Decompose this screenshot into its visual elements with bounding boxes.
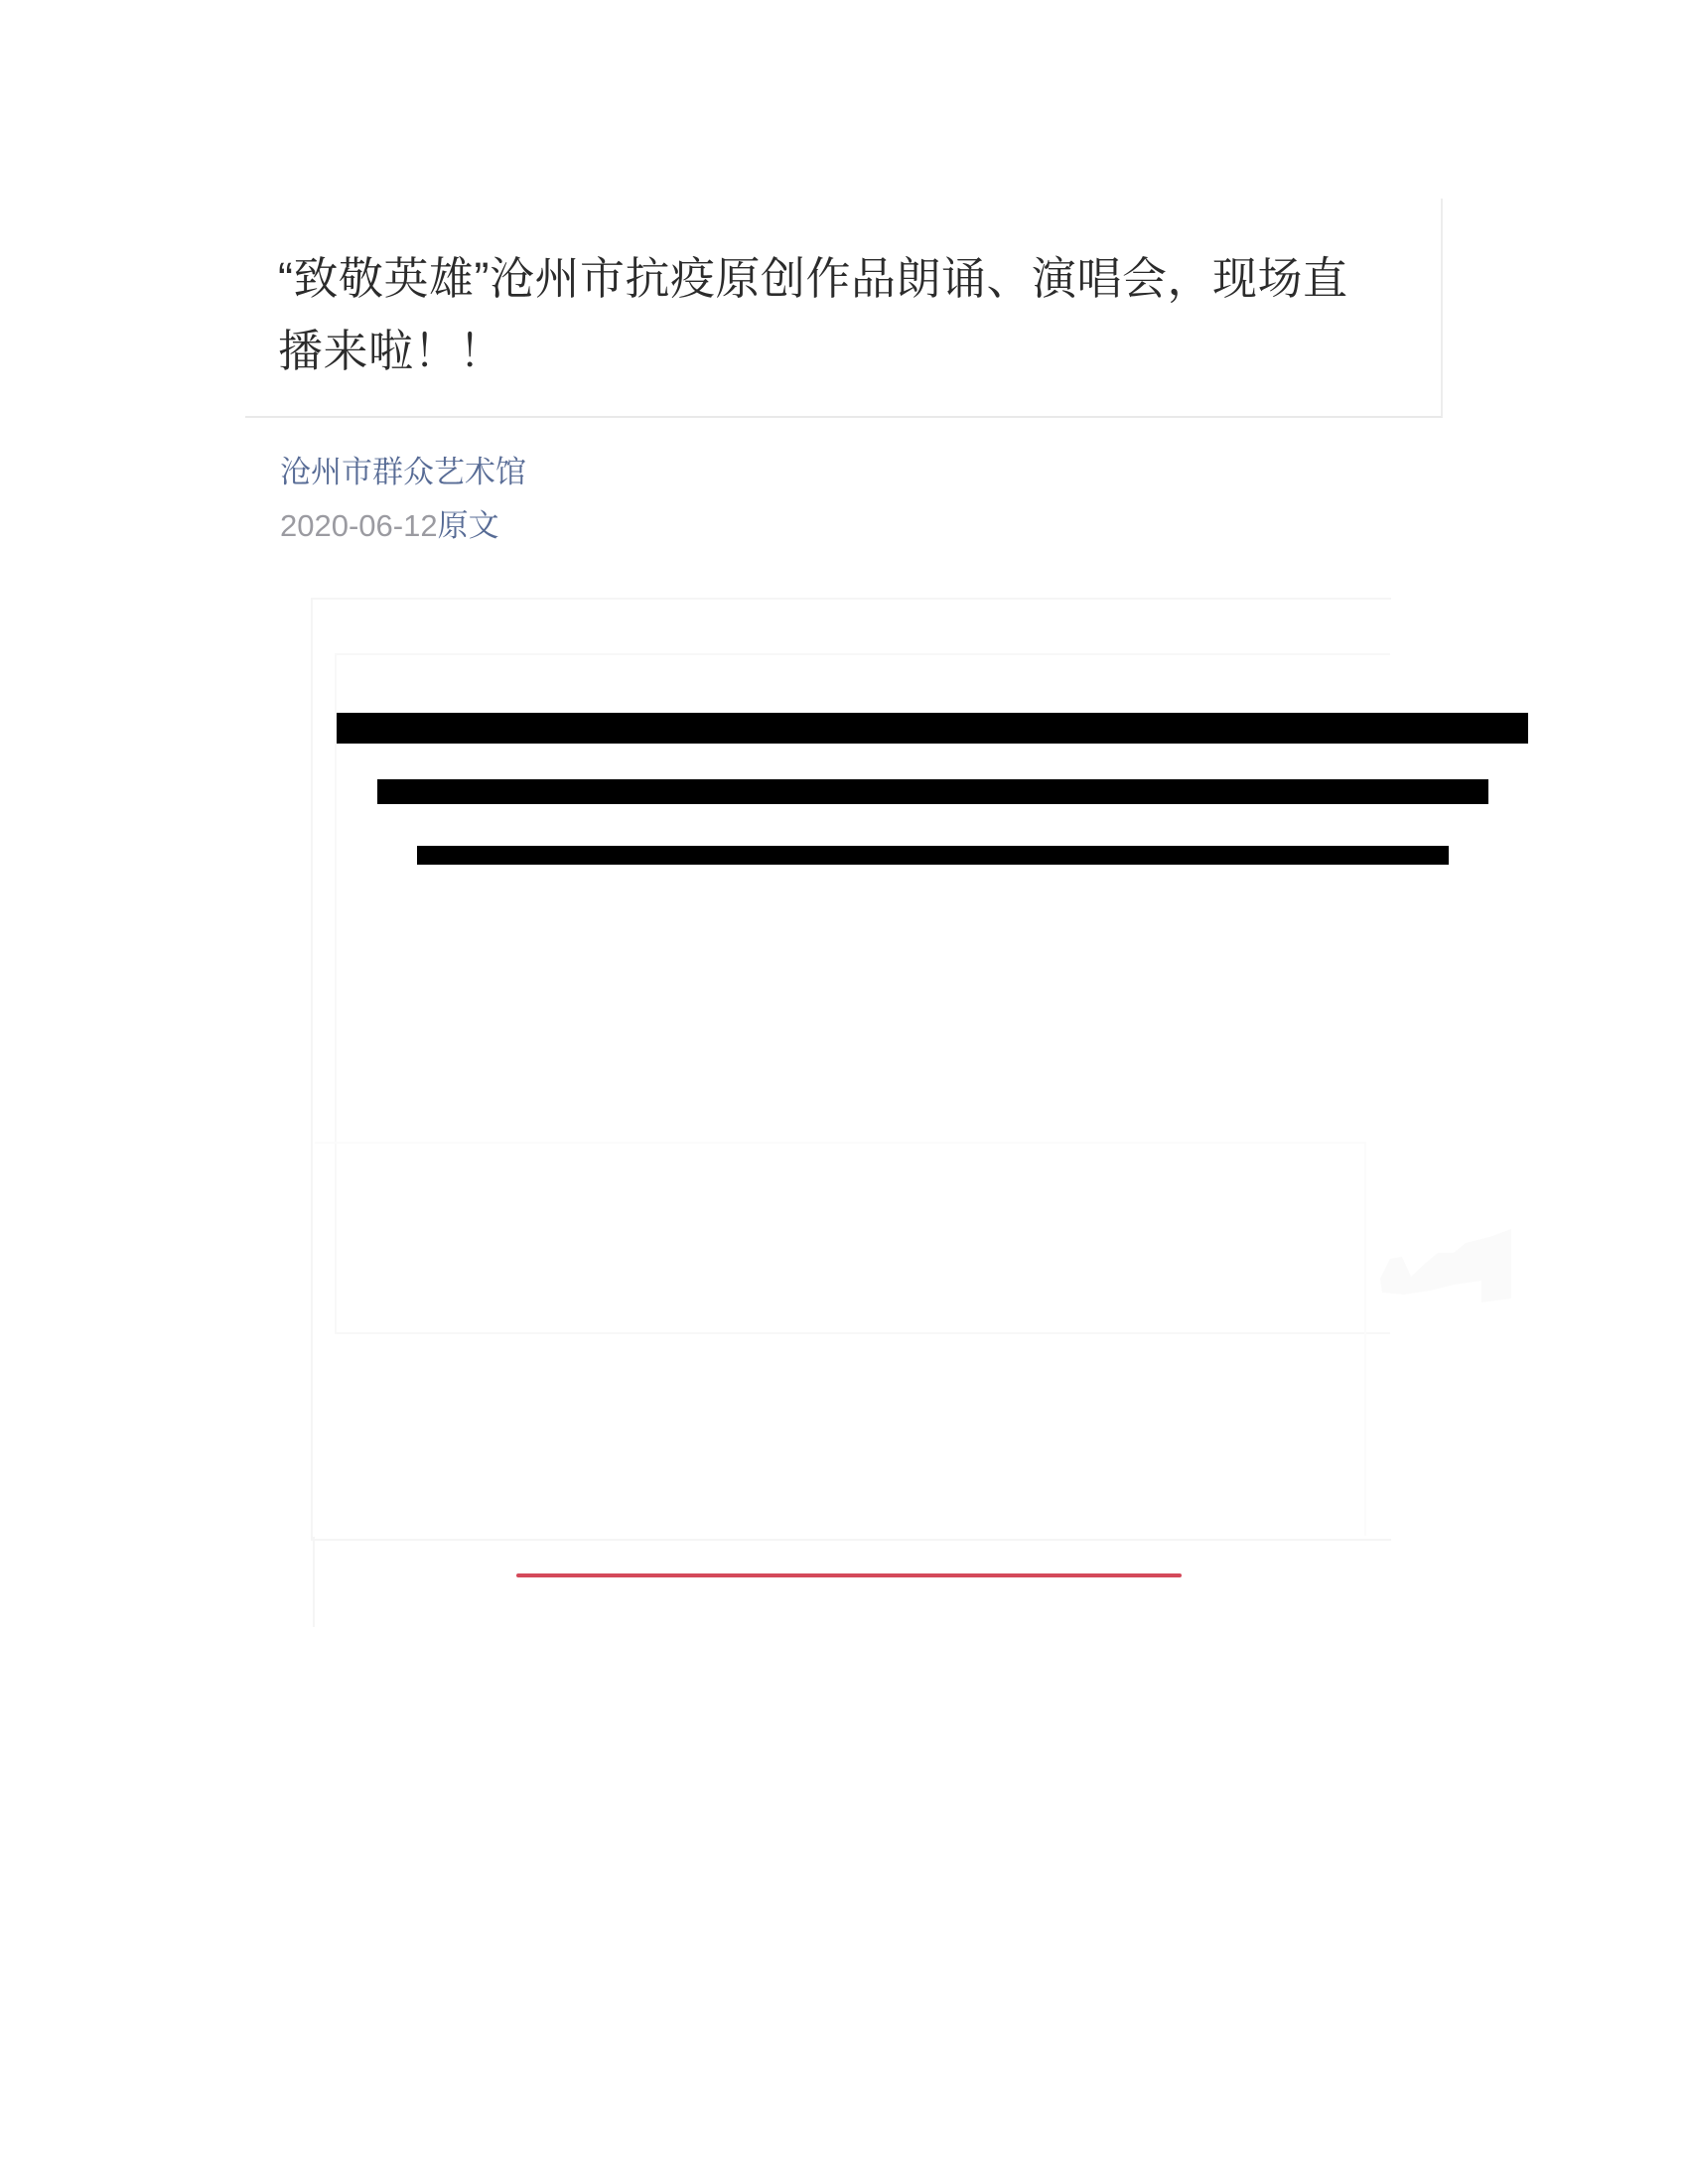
image-placeholder-left-edge-tail — [313, 1537, 315, 1627]
publish-date: 2020-06-12 — [280, 508, 438, 543]
redacted-bar — [377, 779, 1488, 804]
article-page: { "header": { "title_line1": "“致敬英雄”沧州市抗… — [0, 0, 1688, 2184]
redacted-bar — [417, 846, 1449, 865]
image-placeholder-lower-right-edge — [1364, 1142, 1366, 1536]
image-placeholder-inner — [335, 653, 1390, 1334]
redacted-bar — [337, 713, 1528, 744]
original-link[interactable]: 原文 — [438, 508, 499, 543]
title-line-1: “致敬英雄”沧州市抗疫原创作品朗诵、演唱会，现场直 — [278, 242, 1347, 315]
dateline: 2020-06-12原文 — [280, 506, 499, 546]
page-title: “致敬英雄”沧州市抗疫原创作品朗诵、演唱会，现场直 播来啦！！ — [278, 242, 1347, 387]
red-divider-line — [516, 1573, 1182, 1577]
author-link[interactable]: 沧州市群众艺术馆 — [280, 453, 526, 492]
article-header: “致敬英雄”沧州市抗疫原创作品朗诵、演唱会，现场直 播来啦！！ — [245, 199, 1443, 418]
title-line-2: 播来啦！！ — [278, 315, 1347, 387]
broken-image-icon — [1378, 1227, 1513, 1306]
image-placeholder-lower-top-edge — [315, 1142, 1364, 1144]
